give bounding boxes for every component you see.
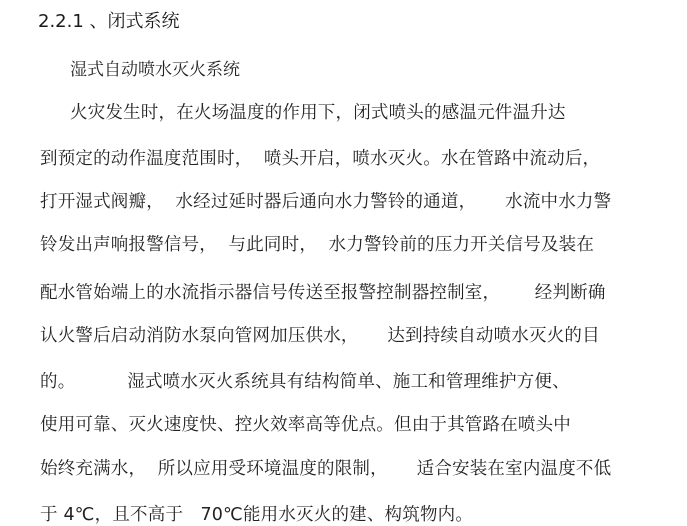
paragraph-line: 于 4℃，且不高于 70℃能用水灭火的建、构筑物内。 <box>40 502 473 526</box>
paragraph-line: 火灾发生时，在火场温度的作用下，闭式喷头的感温元件温升达 <box>70 100 566 126</box>
paragraph-line: 铃发出声响报警信号， 与此同时， 水力警铃前的压力开关信号及装在 <box>40 232 594 258</box>
paragraph-line: 始终充满水， 所以应用受环境温度的限制， 适合安装在室内温度不低 <box>40 456 611 482</box>
paragraph-line: 打开湿式阀瓣， 水经过延时器后通向水力警铃的通道， 水流中水力警 <box>40 189 611 215</box>
section-heading: 2.2.1 、闭式系统 <box>38 9 180 35</box>
paragraph-line: 到预定的动作温度范围时， 喷头开启，喷水灭火。水在管路中流动后， <box>40 146 600 172</box>
paragraph-line: 认火警后启动消防水泵向管网加压供水， 达到持续自动喷水灭火的目 <box>40 323 600 349</box>
paragraph-line: 配水管始端上的水流指示器信号传送至报警控制器控制室， 经判断确 <box>40 280 606 306</box>
paragraph-line: 使用可靠、灭火速度快、控火效率高等优点。但由于其管路在喷头中 <box>40 412 571 438</box>
subsection-title: 湿式自动喷水灭火系统 <box>70 57 240 83</box>
paragraph-line: 的。 湿式喷水灭火系统具有结构简单、施工和管理维护方便、 <box>40 369 570 395</box>
